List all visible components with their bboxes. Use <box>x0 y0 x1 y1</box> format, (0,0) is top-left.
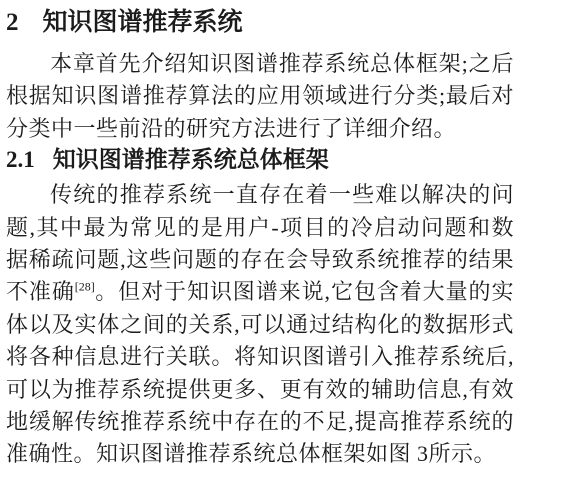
paper-page: 2知识图谱推荐系统 本章首先介绍知识图谱推荐系统总体框架;之后根据知识图谱推荐算… <box>0 0 572 500</box>
citation-ref-28: [28] <box>75 280 95 294</box>
paragraph-intro: 本章首先介绍知识图谱推荐系统总体框架;之后根据知识图谱推荐算法的应用领域进行分类… <box>6 48 514 145</box>
framework-text-after-citation: 。但对于知识图谱来说,它包含着大量的实体以及实体之间的关系,可以通过结构化的数据… <box>6 279 514 466</box>
subsection-number: 2.1 <box>6 147 35 172</box>
section-title: 知识图谱推荐系统 <box>43 9 243 36</box>
paragraph-framework: 传统的推荐系统一直存在着一些难以解决的问题,其中最为常见的是用户-项目的冷启动问… <box>6 179 514 471</box>
subsection-heading: 2.1知识图谱推荐系统总体框架 <box>6 145 514 175</box>
section-heading: 2知识图谱推荐系统 <box>6 8 514 38</box>
subsection-title: 知识图谱推荐系统总体框架 <box>53 147 329 172</box>
paragraph-intro-text: 本章首先介绍知识图谱推荐系统总体框架;之后根据知识图谱推荐算法的应用领域进行分类… <box>6 51 514 141</box>
section-number: 2 <box>6 9 19 36</box>
